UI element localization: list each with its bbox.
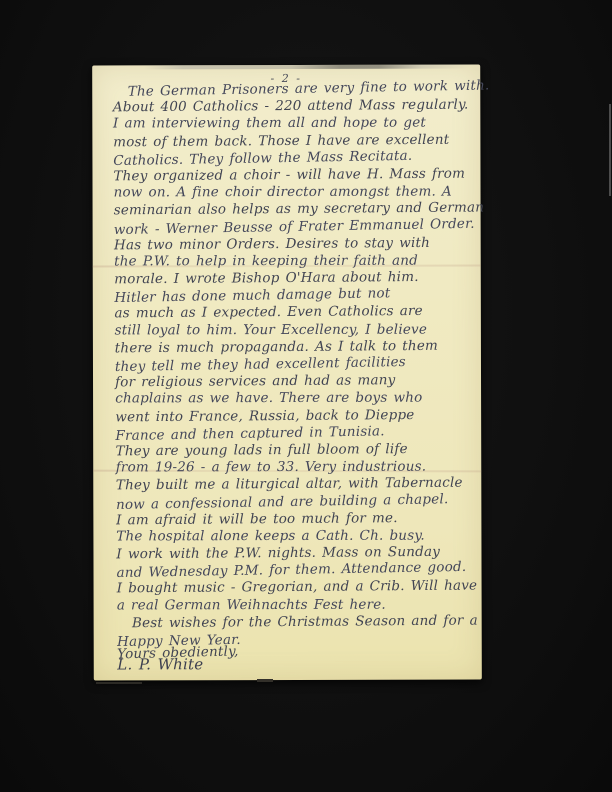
scan-smudge <box>96 682 142 684</box>
letter-line: the P.W. to help in keeping their faith … <box>103 252 474 270</box>
letter-line: The hospital alone keeps a Cath. Ch. bus… <box>105 527 476 545</box>
scan-smudge <box>257 679 273 682</box>
letter-line: a real German Weihnachts Fest here. <box>106 596 477 614</box>
letter-line: still loyal to him. Your Excellency, I b… <box>104 321 475 339</box>
letter-body: The German Prisoners are very fine to wo… <box>102 80 478 675</box>
signature: L. P. White <box>106 656 477 674</box>
letter-page: - 2 - The German Prisoners are very fine… <box>92 64 482 680</box>
letter-line: now on. A fine choir director amongst th… <box>103 184 474 202</box>
scan-artifact-line <box>609 104 611 196</box>
letter-line: chaplains as we have. There are boys who <box>104 390 475 408</box>
scan-top-edge <box>144 65 470 70</box>
letter-line: I am interviewing them all and hope to g… <box>102 115 473 133</box>
letter-line: from 19-26 - a few to 33. Very industrio… <box>105 459 476 477</box>
